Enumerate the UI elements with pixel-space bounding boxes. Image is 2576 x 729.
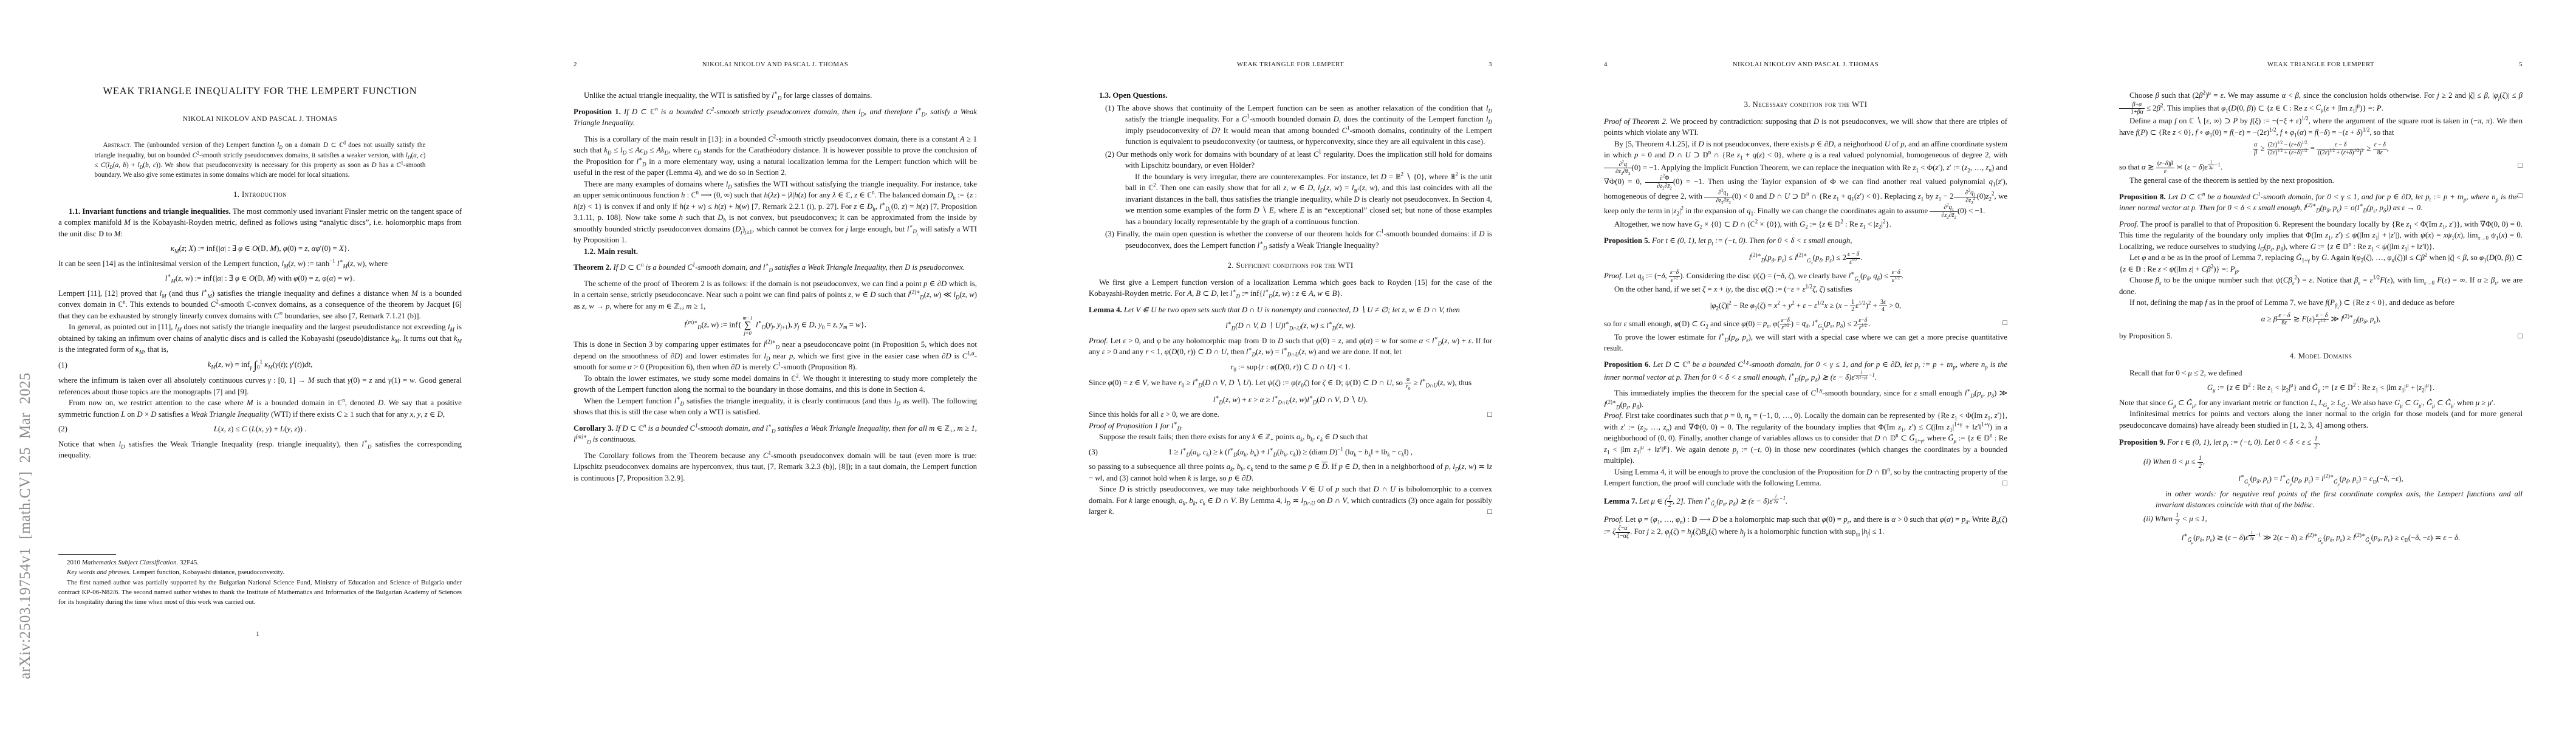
footnote-keywords: Key words and phrases. Lempert function,… bbox=[58, 567, 462, 577]
paragraph: Using Lemma 4, it will be enough to prov… bbox=[1604, 467, 2007, 489]
paragraph: Suppose the result fails; then there exi… bbox=[1089, 431, 1492, 443]
paragraph: In general, as pointed out in [11], lM d… bbox=[58, 321, 462, 355]
paragraph: This immediately implies the theorem for… bbox=[1604, 388, 2007, 410]
paper-title: WEAK TRIANGLE INEQUALITY FOR THE LEMPERT… bbox=[58, 85, 462, 97]
paragraph: It can be seen [14] as the infinitesimal… bbox=[58, 258, 462, 270]
paragraph: Proof. The proof is parallel to that of … bbox=[2119, 219, 2523, 253]
page-4-body: 3. Necessary condition for the WTIProof … bbox=[1604, 90, 2007, 539]
equation-number: (2) bbox=[58, 423, 67, 435]
page-5: WEAK TRIANGLE FOR LEMPERT 5 Choose β suc… bbox=[2061, 0, 2576, 729]
page-number-header: 2 bbox=[574, 61, 577, 68]
display-equation: l∗D(D ∩ V, D ∖ U)l∗D∩U(z, w) ≤ l∗D(z, w)… bbox=[1089, 320, 1492, 332]
running-title: WEAK TRIANGLE FOR LEMPERT bbox=[2119, 61, 2523, 68]
display-equation: αβ ≥ (2ε)1/2 − (ε+δ)1/2(2ε)1/2 + (ε+δ)1/… bbox=[2119, 142, 2523, 156]
section-heading: 4. Model Domains bbox=[2119, 351, 2523, 362]
paragraph: From now on, we restrict attention to th… bbox=[58, 397, 462, 420]
paragraph: 1.2. Main result. bbox=[574, 246, 977, 258]
list-paragraph: in other words: for negative real points… bbox=[2119, 488, 2523, 511]
footnote-area: 2010 Mathematics Subject Classification.… bbox=[58, 554, 462, 607]
paragraph: Since φ(0) = z ∈ V, we have r0 ≥ l∗D(D ∩… bbox=[1089, 376, 1492, 391]
paragraph: The Corollary follows from the Theorem b… bbox=[574, 450, 977, 484]
running-title: WEAK TRIANGLE FOR LEMPERT bbox=[1089, 61, 1492, 68]
display-equation: κM(z; X) := inf{|α| : ∃ φ ∈ O(𝔻, M), φ(0… bbox=[58, 243, 462, 255]
paragraph: When the Lempert function l∗D satisfies … bbox=[574, 395, 977, 418]
section-heading: 1. Introduction bbox=[58, 189, 462, 200]
paragraph: Infinitesimal metrics for points and vec… bbox=[2119, 408, 2523, 431]
running-head: WEAK TRIANGLE FOR LEMPERT 5 bbox=[2119, 61, 2523, 70]
display-equation: kM(z, w) = infγ ∫01 κM(γ(t); γ′(t))dt,(1… bbox=[58, 359, 462, 371]
paragraph: Lempert [11], [12] proved that lM (and t… bbox=[58, 288, 462, 322]
page-number-header: 4 bbox=[1604, 61, 1608, 68]
paragraph: 1.3. Open Questions. bbox=[1089, 90, 1492, 101]
page-2: 2 NIKOLAI NIKOLOV AND PASCAL J. THOMAS U… bbox=[515, 0, 1030, 729]
page-1-body: WEAK TRIANGLE INEQUALITY FOR THE LEMPERT… bbox=[58, 85, 462, 461]
page-1: arXiv:2503.19754v1 [math.CV] 25 Mar 2025… bbox=[0, 0, 515, 729]
list-item: (i) When 0 < μ ≤ 12, bbox=[2119, 455, 2523, 470]
paragraph: There are many examples of domains where… bbox=[574, 179, 977, 246]
page-number: 1 bbox=[0, 631, 515, 638]
paragraph: by Proposition 5. □ bbox=[2119, 330, 2523, 342]
theorem-statement: Lemma 7. Let μ ∈ (12, 2]. Then l∗G̃μ(pε,… bbox=[1604, 494, 2007, 509]
display-equation: α ≥ βε − δ8ε ≳ F(ε)ε − δε1/2 ≫ l(2)∗D(pδ… bbox=[2119, 312, 2523, 327]
page-5-body: Choose β such that (2β2)μ = ε. We may as… bbox=[2119, 90, 2523, 547]
paragraph: To prove the lower estimate for l∗D(pδ, … bbox=[1604, 332, 2007, 354]
paragraph: so that α ≳ (ε−δ)βε ≍ (ε − δ)ε12μ−1. □ bbox=[2119, 160, 2523, 175]
equation-number: (1) bbox=[58, 360, 67, 371]
running-head: 2 NIKOLAI NIKOLOV AND PASCAL J. THOMAS bbox=[574, 61, 977, 70]
paragraph: Altogether, we now have G2 × {0} ⊂ D ∩ (… bbox=[1604, 219, 2007, 230]
paragraph: Proof. Let ε > 0, and φ be any holomorph… bbox=[1089, 335, 1492, 358]
paragraph: Proof of Theorem 2. We proceed by contra… bbox=[1604, 116, 2007, 139]
paragraph: Proof. Let φ = (φ1, …, φn) : 𝔻 ⟶ D be a … bbox=[1604, 514, 2007, 539]
display-equation: |φ2(ζ)|2 − Re φ1(ζ) = x2 + y2 + ε − ε1/2… bbox=[1604, 299, 2007, 313]
paragraph: The general case of the theorem is settl… bbox=[2119, 175, 2523, 187]
paragraph: Recall that for 0 < μ ≤ 2, we defined bbox=[2119, 368, 2523, 379]
theorem-statement: Lemma 4. Let V ⋐ U be two open sets such… bbox=[1089, 304, 1492, 316]
paragraph: Choose βε to be the unique number such t… bbox=[2119, 275, 2523, 297]
paragraph: 1.1. Invariant functions and triangle in… bbox=[58, 206, 462, 240]
display-equation: Gμ := {z ∈ 𝔻2 : Re z1 < |z2|μ} and G̃μ :… bbox=[2119, 382, 2523, 394]
page-4: 4 NIKOLAI NIKOLOV AND PASCAL J. THOMAS 3… bbox=[1546, 0, 2061, 729]
running-title: NIKOLAI NIKOLOV AND PASCAL J. THOMAS bbox=[574, 61, 977, 68]
paragraph: Since this holds for all ε > 0, we are d… bbox=[1089, 409, 1492, 420]
theorem-statement: Theorem 2. If D ⊂ ℂn is a bounded C1-smo… bbox=[574, 262, 977, 273]
paragraph: where the infimum is taken over all abso… bbox=[58, 375, 462, 397]
footnote-rule bbox=[58, 554, 116, 555]
section-heading: 3. Necessary condition for the WTI bbox=[1604, 99, 2007, 111]
equation-number: (3) bbox=[1089, 447, 1098, 458]
paragraph: This is a corollary of the main result i… bbox=[574, 134, 977, 179]
list-item: (ii) When 12 < μ ≤ 1, bbox=[2119, 512, 2523, 527]
theorem-statement: Proposition 1. If D ⊂ ℂn is a bounded C2… bbox=[574, 106, 977, 129]
list-item: (1) The above shows that continuity of t… bbox=[1089, 103, 1492, 148]
authors-line: NIKOLAI NIKOLOV AND PASCAL J. THOMAS bbox=[58, 114, 462, 125]
display-equation: l(2)∗D(pδ, pε) ≤ l(2)∗G2(pδ, pε) ≤ 2ε − … bbox=[1604, 251, 2007, 265]
display-equation: l(m)∗D(z, w) := inf{m−1∑j=0 l∗D(yj, yj+1… bbox=[574, 315, 977, 335]
paragraph: so for ε small enough, φ(𝔻) ⊂ G2 and sin… bbox=[1604, 317, 2007, 332]
theorem-statement: Proposition 8. Let D ⊂ ℂn be a bounded C… bbox=[2119, 191, 2523, 214]
list-paragraph: If the boundary is very irregular, there… bbox=[1089, 171, 1492, 228]
paragraph: Since D is strictly pseudoconvex, we may… bbox=[1089, 484, 1492, 518]
paragraph: We first give a Lempert function version… bbox=[1089, 277, 1492, 299]
paragraph: If not, defining the map f as in the pro… bbox=[2119, 297, 2523, 309]
page-number-header: 5 bbox=[2519, 61, 2523, 68]
paragraph: By [5, Theorem 4.1.25], if D is not pseu… bbox=[1604, 139, 2007, 219]
paragraph: Proof. First take coordinates such that … bbox=[1604, 410, 2007, 467]
display-equation: r0 := sup{r : φ(D(0, r)) ⊂ D ∩ U} < 1. bbox=[1089, 361, 1492, 373]
page-3-body: 1.3. Open Questions.(1) The above shows … bbox=[1089, 90, 1492, 518]
screenshot-canvas: { "arxiv_watermark": "arXiv:2503.19754v1… bbox=[0, 0, 2576, 729]
display-equation: l∗D(z, w) + ε > α ≥ l∗D∩U(z, w)l∗D(D ∩ V… bbox=[1089, 394, 1492, 406]
page-number-header: 3 bbox=[1488, 61, 1492, 68]
page-3: WEAK TRIANGLE FOR LEMPERT 3 1.3. Open Qu… bbox=[1030, 0, 1546, 729]
paragraph: Proof. Let qδ := (−δ, ε−δε1/2). Consider… bbox=[1604, 269, 2007, 284]
running-head: WEAK TRIANGLE FOR LEMPERT 3 bbox=[1089, 61, 1492, 70]
paragraph: so passing to a subsequence all three po… bbox=[1089, 461, 1492, 484]
paragraph: On the other hand, if we set ζ = x + iy,… bbox=[1604, 284, 2007, 295]
paragraph: The scheme of the proof of Theorem 2 is … bbox=[574, 278, 977, 312]
running-title: NIKOLAI NIKOLOV AND PASCAL J. THOMAS bbox=[1604, 61, 2007, 68]
display-equation: l∗M(z, w) := inf{|α| : ∃ φ ∈ O(𝔻, M) wit… bbox=[58, 273, 462, 284]
paragraph: Notice that when lD satisfies the Weak T… bbox=[58, 439, 462, 461]
display-equation: 1 ≥ l∗D(ak, ck) ≥ k (l∗D(ak, bk) + l∗D(b… bbox=[1089, 447, 1492, 458]
running-head: 4 NIKOLAI NIKOLOV AND PASCAL J. THOMAS bbox=[1604, 61, 2007, 70]
paragraph: Unlike the actual triangle inequality, t… bbox=[574, 90, 977, 101]
theorem-statement: Proposition 6. Let D ⊂ ℂn be a bounded C… bbox=[1604, 359, 2007, 383]
paragraph: Proof of Proposition 1 for l∗D. bbox=[1089, 420, 1492, 432]
theorem-statement: Corollary 3. If D ⊂ ℂn is a bounded C1-s… bbox=[574, 423, 977, 445]
paragraph: Choose β such that (2β2)μ = ε. We may as… bbox=[2119, 90, 2523, 115]
section-heading: 2. Sufficient conditions for the WTI bbox=[1089, 260, 1492, 272]
list-item: (3) Finally, the main open question is w… bbox=[1089, 228, 1492, 251]
abstract: Abstract. The (unbounded version of the)… bbox=[95, 140, 426, 180]
paragraph: Note that since Gμ ⊂ G̃μ, for any invari… bbox=[2119, 397, 2523, 409]
list-item: (2) Our methods only work for domains wi… bbox=[1089, 149, 1492, 171]
page-2-body: Unlike the actual triangle inequality, t… bbox=[574, 90, 977, 484]
paragraph: Define a map f on ℂ ∖ [ε, ∞) ⊃ P by f(ξ)… bbox=[2119, 115, 2523, 138]
theorem-statement: Proposition 5. For t ∈ (0, 1), let pt :=… bbox=[1604, 235, 2007, 247]
footnote-msc: 2010 Mathematics Subject Classification.… bbox=[58, 558, 462, 567]
display-equation: l∗G̃μ(pδ, pε) ≳ (ε − δ)ε12μ−1 ≫ 2(ε − δ)… bbox=[2119, 530, 2523, 543]
paragraph: This is done in Section 3 by comparing u… bbox=[574, 339, 977, 373]
theorem-statement: Proposition 9. For t ∈ (0, 1), let pt :=… bbox=[2119, 436, 2523, 450]
display-equation: l∗Gμ(pδ, pε) = l∗G̃μ(pδ, pε) = l(2)∗G̃μ(… bbox=[2119, 473, 2523, 485]
footnote-acknowledgement: The first named author was partially sup… bbox=[58, 578, 462, 607]
paragraph: To obtain the lower estimates, we study … bbox=[574, 373, 977, 395]
paragraph: Let φ and α be as in the proof of Lemma … bbox=[2119, 252, 2523, 275]
display-equation: L(x, z) ≤ C (L(x, y) + L(y, z)) .(2) bbox=[58, 423, 462, 435]
